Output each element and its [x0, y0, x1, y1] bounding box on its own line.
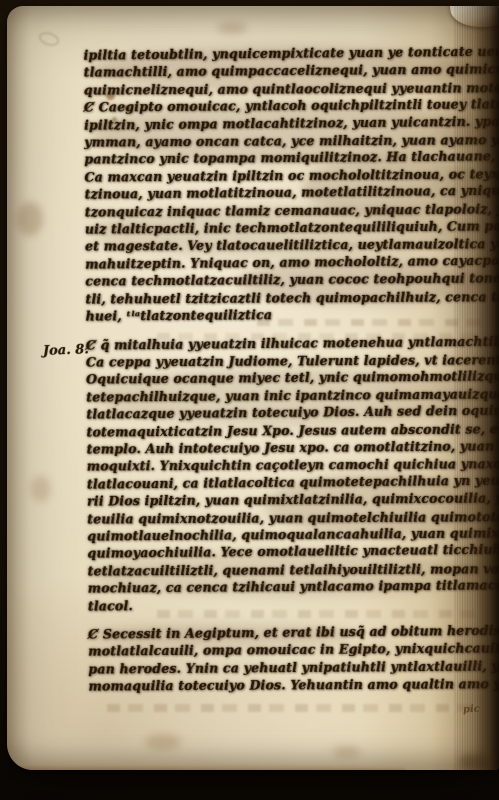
text-line: cenca techmotlatzacuiltiliz, yuan cococ …	[85, 270, 495, 291]
text-line: tlamachtilli, amo quimpaccaceliznequi, y…	[84, 61, 494, 82]
pencil-mark	[38, 30, 61, 48]
ink-bleedthrough	[107, 704, 477, 712]
manuscript-page: Joa. 8. ipiltia tetoubtlin, ynquicempixt…	[7, 6, 499, 770]
photo-frame: Joa. 8. ipiltia tetoubtlin, ynquicempixt…	[0, 0, 499, 800]
text-line: huei, ᵗˡᵃtlatzontequiliztica	[86, 304, 496, 325]
foxing-stain	[217, 22, 247, 34]
foxing-stain	[145, 734, 181, 750]
text-line: ipiltzin, ynic ompa motlacahtitzinoz, yu…	[84, 112, 494, 133]
text-line: quimoyaochiuilia. Yece omotlaueliltic yn…	[87, 541, 497, 562]
text-line: momaquilia totecuiyo Dios. Yehuantin amo…	[88, 675, 498, 695]
foxing-stain	[17, 202, 43, 236]
catchword: pic	[463, 704, 480, 716]
page-bottom-edge	[11, 764, 405, 770]
foxing-stain	[459, 754, 489, 770]
text-line: Ȼ q̃ mitalhuia yyeuatzin ilhuicac motene…	[86, 332, 496, 353]
foxing-stain	[31, 476, 51, 502]
text-line: rii Dios ipiltzin, yuan quimixtlatzinili…	[87, 490, 497, 511]
manuscript-text: ipiltia tetoubtlin, ynquicempixticate yu…	[83, 43, 498, 695]
margin-note: Joa. 8.	[43, 343, 89, 359]
foxing-stain	[333, 746, 361, 758]
text-line: tlacol.	[88, 594, 498, 615]
page-corner-curl	[449, 6, 499, 31]
book-photo: { "page": { "kind": "manuscript-page", "…	[0, 0, 499, 800]
